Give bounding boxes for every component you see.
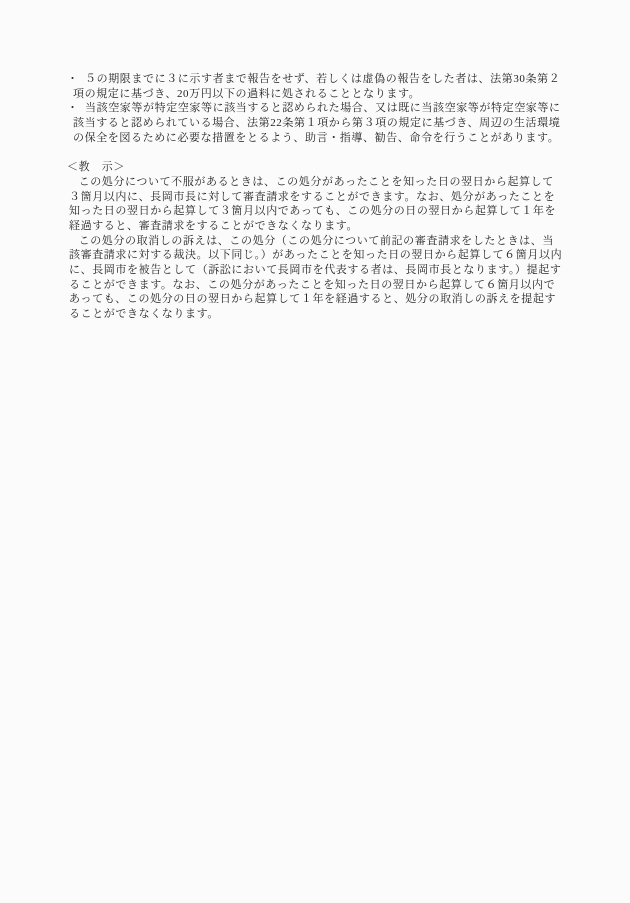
notice-paragraph-1: この処分について不服があるときは、この処分があったことを知った日の翌日から起算し… — [67, 175, 567, 234]
bullet-list: ・５の期限までに３に示す者まで報告をせず、若しくは虚偽の報告をした者は、法第30… — [67, 72, 567, 145]
bullet-line: 項の規定に基づき、20万円以下の過料に処されることとなります。 — [67, 87, 567, 102]
bullet-marker-icon: ・ — [67, 72, 85, 87]
notice-section: この処分について不服があるときは、この処分があったことを知った日の翌日から起算し… — [67, 175, 567, 322]
paragraph-line: この処分の取消しの訴えは、この処分（この処分について前記の審査請求をしたときは、… — [67, 234, 567, 249]
notice-paragraph-2: この処分の取消しの訴えは、この処分（この処分について前記の審査請求をしたときは、… — [67, 234, 567, 322]
paragraph-line: ３箇月以内に、長岡市長に対して審査請求をすることができます。なお、処分があったこ… — [67, 190, 567, 205]
paragraph-line: 経過すると、審査請求をすることができなくなります。 — [67, 219, 567, 234]
bullet-item-1: ・５の期限までに３に示す者まで報告をせず、若しくは虚偽の報告をした者は、法第30… — [67, 72, 567, 101]
scanned-document-page: ・５の期限までに３に示す者まで報告をせず、若しくは虚偽の報告をした者は、法第30… — [0, 0, 630, 903]
bullet-line: の保全を図るために必要な措置をとるよう、助言・指導、勧告、命令を行うことがありま… — [67, 131, 567, 146]
paragraph-line: 該審査請求に対する裁決。以下同じ。）があったことを知った日の翌日から起算して６箇… — [67, 248, 567, 263]
bullet-item-2: ・当該空家等が特定空家等に該当すると認められた場合、又は既に当該空家等が特定空家… — [67, 101, 567, 145]
paragraph-line: 知った日の翌日から起算して３箇月以内であっても、この処分の日の翌日から起算して１… — [67, 204, 567, 219]
bullet-marker-icon: ・ — [67, 101, 85, 116]
document-body: ・５の期限までに３に示す者まで報告をせず、若しくは虚偽の報告をした者は、法第30… — [67, 72, 567, 322]
bullet-text: 当該空家等が特定空家等に該当すると認められた場合、又は既に当該空家等が特定空家等… — [85, 102, 561, 114]
paragraph-line: この処分について不服があるときは、この処分があったことを知った日の翌日から起算し… — [67, 175, 567, 190]
bullet-line: ・当該空家等が特定空家等に該当すると認められた場合、又は既に当該空家等が特定空家… — [67, 101, 567, 116]
paragraph-line: ることができなくなります。 — [67, 307, 567, 322]
paragraph-line: に、長岡市を被告として（訴訟において長岡市を代表する者は、長岡市長となります。）… — [67, 263, 567, 278]
bullet-text: ５の期限までに３に示す者まで報告をせず、若しくは虚偽の報告をした者は、法第30条… — [85, 73, 560, 85]
paragraph-line: ることができます。なお、この処分があったことを知った日の翌日から起算して６箇月以… — [67, 278, 567, 293]
bullet-line: 該当すると認められている場合、法第22条第１項から第３項の規定に基づき、周辺の生… — [67, 116, 567, 131]
notice-heading: ＜教 示＞ — [67, 160, 567, 175]
bullet-line: ・５の期限までに３に示す者まで報告をせず、若しくは虚偽の報告をした者は、法第30… — [67, 72, 567, 87]
paragraph-line: あっても、この処分の日の翌日から起算して１年を経過すると、処分の取消しの訴えを提… — [67, 292, 567, 307]
